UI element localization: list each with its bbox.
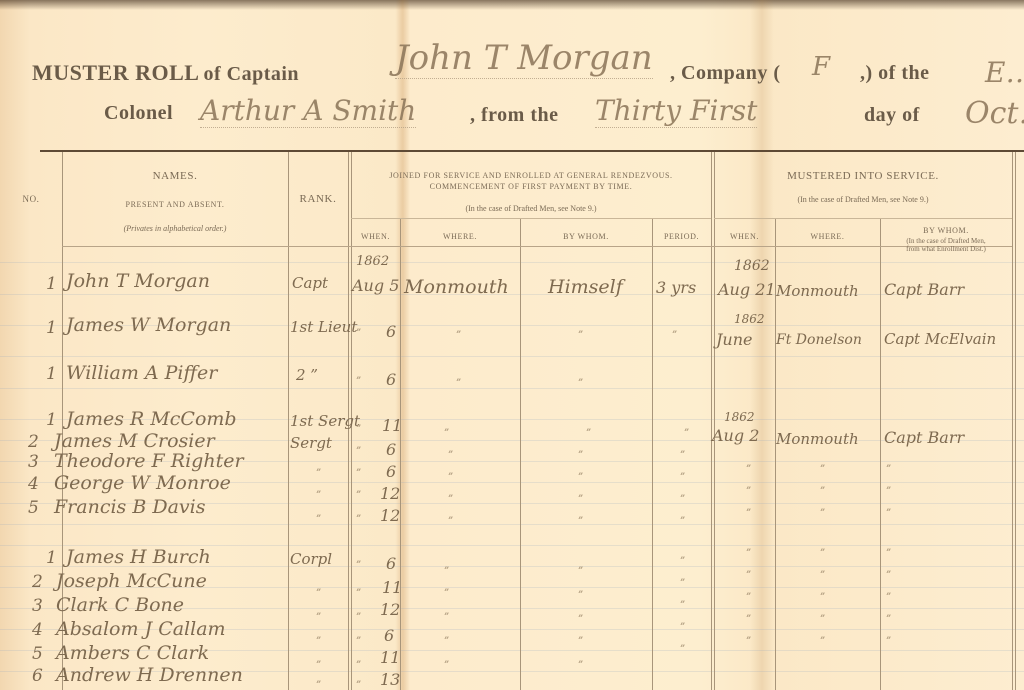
from-the-label: , from the bbox=[470, 104, 559, 127]
row-joined-when: 11 bbox=[382, 416, 402, 435]
row-mustered-when: ” bbox=[746, 592, 751, 603]
row-joined-by: ” bbox=[586, 428, 591, 439]
row-name: James M Crosier bbox=[54, 430, 215, 452]
row-joined-ditto: ” bbox=[356, 680, 361, 690]
captain-name: John T Morgan bbox=[395, 38, 695, 79]
row-rank: ” bbox=[316, 490, 321, 501]
header-no: No. bbox=[0, 194, 62, 204]
header-mustered-title: MUSTERED INTO SERVICE. bbox=[714, 170, 1012, 182]
row-joined-where: ” bbox=[444, 612, 449, 623]
row-mustered-by: ” bbox=[886, 464, 891, 475]
row-joined-ditto: ” bbox=[356, 612, 361, 623]
row-joined-where: ” bbox=[456, 378, 461, 389]
row-rank: Corpl bbox=[290, 550, 332, 568]
row-mustered-by: ” bbox=[886, 570, 891, 581]
row-no: 2 bbox=[32, 572, 43, 592]
row-mustered-when: ” bbox=[746, 486, 751, 497]
row-mustered-when: ” bbox=[746, 614, 751, 625]
row-joined-when: 6 bbox=[386, 462, 396, 481]
row-name: Ambers C Clark bbox=[56, 642, 209, 664]
row-mustered-when: June bbox=[716, 330, 753, 349]
row-joined-by: ” bbox=[578, 566, 583, 577]
day-value: Thirty First bbox=[595, 94, 757, 128]
row-mustered-where: ” bbox=[820, 508, 825, 519]
row-joined-when: 6 bbox=[386, 322, 396, 341]
row-name: James W Morgan bbox=[66, 314, 231, 336]
row-name: Clark C Bone bbox=[56, 594, 184, 616]
row-mustered-year: 1862 bbox=[734, 258, 770, 274]
row-joined-ditto: ” bbox=[356, 376, 361, 387]
ruled-line bbox=[0, 524, 1024, 525]
row-joined-by: ” bbox=[578, 636, 583, 647]
row-joined-when: 12 bbox=[380, 600, 400, 619]
row-joined-ditto: ” bbox=[356, 560, 361, 571]
row-rank: 1st Lieut bbox=[290, 318, 357, 336]
row-mustered-where: Monmouth bbox=[776, 282, 859, 300]
row-joined-ditto: ” bbox=[356, 328, 361, 339]
row-period: ” bbox=[680, 600, 685, 611]
row-joined-where: Monmouth bbox=[404, 276, 509, 298]
row-rank: ” bbox=[316, 660, 321, 671]
colonel-label: Colonel bbox=[104, 102, 173, 125]
col-divider-joined-when bbox=[400, 218, 401, 690]
header-mustered-by-whom: BY WHOM. bbox=[880, 226, 1012, 235]
row-no: 5 bbox=[32, 644, 43, 664]
ruled-line bbox=[0, 262, 1024, 263]
header-present-absent: PRESENT AND ABSENT. bbox=[62, 200, 288, 209]
row-joined-by: ” bbox=[578, 378, 583, 389]
row-name: James H Burch bbox=[66, 546, 211, 568]
row-joined-ditto: ” bbox=[356, 588, 361, 599]
row-mustered-by: ” bbox=[886, 548, 891, 559]
regiment-value: E… bbox=[985, 56, 1024, 89]
row-joined-by: ” bbox=[578, 614, 583, 625]
row-mustered-when: ” bbox=[746, 636, 751, 647]
ruled-line bbox=[0, 294, 1024, 295]
header-bottom-line bbox=[62, 246, 1012, 247]
row-joined-where: ” bbox=[448, 494, 453, 505]
row-no: 1 bbox=[46, 318, 57, 338]
header-joined-by-whom: BY WHOM. bbox=[520, 232, 652, 241]
document-title: MUSTER ROLL bbox=[32, 60, 199, 85]
row-rank: ” bbox=[316, 514, 321, 525]
row-joined-by: ” bbox=[578, 450, 583, 461]
row-joined-when: 12 bbox=[380, 506, 400, 525]
row-rank: ” bbox=[316, 636, 321, 647]
day-of-label: day of bbox=[864, 104, 920, 127]
col-divider-mustered-by-double bbox=[1015, 152, 1016, 690]
col-divider-joined-by bbox=[652, 218, 653, 690]
row-joined-by: ” bbox=[578, 494, 583, 505]
header-mustered-by-whom-note-2: from what Enrollment Dist.) bbox=[880, 245, 1012, 253]
company-value: F bbox=[812, 52, 830, 82]
row-joined-when: 6 bbox=[386, 440, 396, 459]
header-rule bbox=[40, 150, 1024, 152]
ruled-line bbox=[0, 356, 1024, 357]
header-joined-when: WHEN. bbox=[351, 232, 400, 241]
row-mustered-year: 1862 bbox=[724, 410, 755, 424]
row-joined-ditto: ” bbox=[356, 514, 361, 525]
row-joined-where: ” bbox=[456, 330, 461, 341]
header-mustered-note: (In the case of Drafted Men, see Note 9.… bbox=[714, 195, 1012, 204]
row-rank: ” bbox=[316, 612, 321, 623]
row-joined-when: 11 bbox=[382, 578, 402, 597]
row-rank: ” bbox=[316, 588, 321, 599]
row-period: ” bbox=[680, 556, 685, 567]
row-period: ” bbox=[672, 330, 677, 341]
joined-subheader-line bbox=[351, 218, 711, 219]
col-divider-joined-where bbox=[520, 218, 521, 690]
header-joined-period: PERIOD. bbox=[652, 232, 711, 241]
row-joined-by: ” bbox=[578, 472, 583, 483]
row-mustered-by: ” bbox=[886, 508, 891, 519]
row-mustered-when: Aug 21 bbox=[718, 280, 776, 299]
header-mustered-when: WHEN. bbox=[714, 232, 775, 241]
row-mustered-by: ” bbox=[886, 592, 891, 603]
row-joined-when: 13 bbox=[380, 670, 400, 689]
colonel-name: Arthur A Smith bbox=[200, 94, 416, 128]
row-rank: ” bbox=[316, 680, 321, 690]
row-no: 3 bbox=[32, 596, 43, 616]
header-rank: RANK. bbox=[288, 193, 348, 205]
header-joined-where: WHERE. bbox=[400, 232, 520, 241]
row-joined-ditto: ” bbox=[356, 424, 361, 435]
row-name: William A Piffer bbox=[66, 362, 217, 384]
row-mustered-when: ” bbox=[746, 570, 751, 581]
header-names: NAMES. bbox=[62, 170, 288, 182]
row-rank: 1st Sergt bbox=[290, 412, 360, 430]
row-mustered-when: ” bbox=[746, 464, 751, 475]
row-mustered-year: 1862 bbox=[734, 312, 765, 326]
row-joined-year: 1862 bbox=[356, 254, 389, 269]
col-divider-period bbox=[711, 152, 712, 690]
row-joined-where: ” bbox=[448, 450, 453, 461]
row-mustered-by: Capt Barr bbox=[884, 428, 964, 447]
of-captain-label: of Captain bbox=[203, 63, 299, 85]
row-joined-where: ” bbox=[444, 660, 449, 671]
row-name: John T Morgan bbox=[66, 270, 210, 292]
colonel-name-value: Arthur A Smith bbox=[200, 94, 416, 128]
row-joined-when: 6 bbox=[384, 626, 394, 645]
row-mustered-where: ” bbox=[820, 592, 825, 603]
row-joined-when: 12 bbox=[380, 484, 400, 503]
row-joined-ditto: ” bbox=[356, 468, 361, 479]
header-names-note: (Privates in alphabetical order.) bbox=[62, 224, 288, 233]
row-mustered-by: ” bbox=[886, 636, 891, 647]
row-joined-when: 11 bbox=[380, 648, 400, 667]
header-joined-note: (In the case of Drafted Men, see Note 9.… bbox=[351, 204, 711, 213]
row-no: 1 bbox=[46, 548, 57, 568]
row-period: ” bbox=[680, 472, 685, 483]
row-name: Andrew H Drennen bbox=[56, 664, 243, 686]
row-no: 5 bbox=[28, 498, 39, 518]
row-joined-where: ” bbox=[448, 472, 453, 483]
page-top-shadow bbox=[0, 0, 1024, 10]
row-rank: ” bbox=[316, 468, 321, 479]
row-joined-ditto: ” bbox=[356, 490, 361, 501]
header-mustered-by-whom-note-1: (In the case of Drafted Men, bbox=[880, 237, 1012, 245]
row-joined-ditto: ” bbox=[356, 636, 361, 647]
row-period: ” bbox=[680, 494, 685, 505]
row-joined-where: ” bbox=[444, 428, 449, 439]
row-rank: Capt bbox=[292, 274, 328, 292]
row-period: ” bbox=[680, 644, 685, 655]
row-name: James R McComb bbox=[66, 408, 237, 430]
row-mustered-where: ” bbox=[820, 486, 825, 497]
row-period: ” bbox=[680, 516, 685, 527]
company-close-label: ,) of the bbox=[860, 62, 929, 85]
row-joined-by: Himself bbox=[548, 276, 623, 298]
month-value: Oct… bbox=[965, 96, 1024, 131]
title-line-1: MUSTER ROLL of Captain bbox=[32, 60, 299, 86]
row-no: 3 bbox=[28, 452, 39, 472]
row-no: 1 bbox=[46, 274, 57, 294]
row-mustered-when: ” bbox=[746, 508, 751, 519]
row-no: 1 bbox=[46, 410, 57, 430]
row-joined-by: ” bbox=[578, 330, 583, 341]
row-rank: 2 ” bbox=[296, 366, 318, 384]
row-name: George W Monroe bbox=[54, 472, 231, 494]
row-joined-by: ” bbox=[578, 516, 583, 527]
row-joined-by: ” bbox=[578, 590, 583, 601]
col-divider-mustered-by bbox=[1012, 152, 1013, 690]
row-mustered-where: ” bbox=[820, 614, 825, 625]
row-no: 4 bbox=[32, 620, 43, 640]
day-value-text: Thirty First bbox=[595, 94, 757, 128]
row-rank: Sergt bbox=[290, 434, 332, 452]
header-mustered-where: WHERE. bbox=[775, 232, 880, 241]
row-mustered-when: Aug 2 bbox=[712, 426, 759, 445]
row-joined-where: ” bbox=[444, 588, 449, 599]
row-no: 4 bbox=[28, 474, 39, 494]
row-joined-ditto: ” bbox=[356, 446, 361, 457]
row-period: ” bbox=[684, 428, 689, 439]
header-joined-title-2: COMMENCEMENT OF FIRST PAYMENT BY TIME. bbox=[351, 182, 711, 191]
col-divider-names bbox=[288, 152, 289, 690]
row-joined-by: ” bbox=[578, 660, 583, 671]
row-mustered-by: Capt McElvain bbox=[884, 330, 996, 348]
row-no: 2 bbox=[28, 432, 39, 452]
row-name: Absalom J Callam bbox=[56, 618, 226, 640]
row-period: ” bbox=[680, 450, 685, 461]
row-joined-where: ” bbox=[444, 566, 449, 577]
row-mustered-where: ” bbox=[820, 570, 825, 581]
ruled-line bbox=[0, 388, 1024, 389]
row-mustered-where: ” bbox=[820, 548, 825, 559]
col-divider-mustered-where bbox=[880, 218, 881, 690]
row-joined-where: ” bbox=[444, 636, 449, 647]
row-mustered-when: ” bbox=[746, 548, 751, 559]
row-mustered-by: ” bbox=[886, 614, 891, 625]
row-period: 3 yrs bbox=[656, 278, 696, 297]
row-name: Theodore F Righter bbox=[54, 450, 244, 472]
row-mustered-where: Monmouth bbox=[776, 430, 859, 448]
row-mustered-by: Capt Barr bbox=[884, 280, 964, 299]
row-no: 1 bbox=[46, 364, 57, 384]
row-no: 6 bbox=[32, 666, 43, 686]
row-joined-when: Aug 5 bbox=[352, 276, 399, 295]
row-joined-when: 6 bbox=[386, 554, 396, 573]
row-name: Francis B Davis bbox=[54, 496, 205, 518]
row-mustered-where: ” bbox=[820, 464, 825, 475]
row-mustered-where: Ft Donelson bbox=[776, 332, 862, 348]
row-name: Joseph McCune bbox=[56, 570, 207, 592]
row-mustered-by: ” bbox=[886, 486, 891, 497]
row-period: ” bbox=[680, 622, 685, 633]
row-joined-ditto: ” bbox=[356, 660, 361, 671]
header-joined-title-1: JOINED FOR SERVICE AND ENROLLED AT GENER… bbox=[351, 171, 711, 180]
captain-name-value: John T Morgan bbox=[395, 38, 653, 79]
company-label: , Company ( bbox=[670, 62, 781, 85]
row-joined-when: 6 bbox=[386, 370, 396, 389]
row-period: ” bbox=[680, 578, 685, 589]
row-mustered-where: ” bbox=[820, 636, 825, 647]
row-joined-where: ” bbox=[448, 516, 453, 527]
mustered-subheader-line bbox=[714, 218, 1012, 219]
